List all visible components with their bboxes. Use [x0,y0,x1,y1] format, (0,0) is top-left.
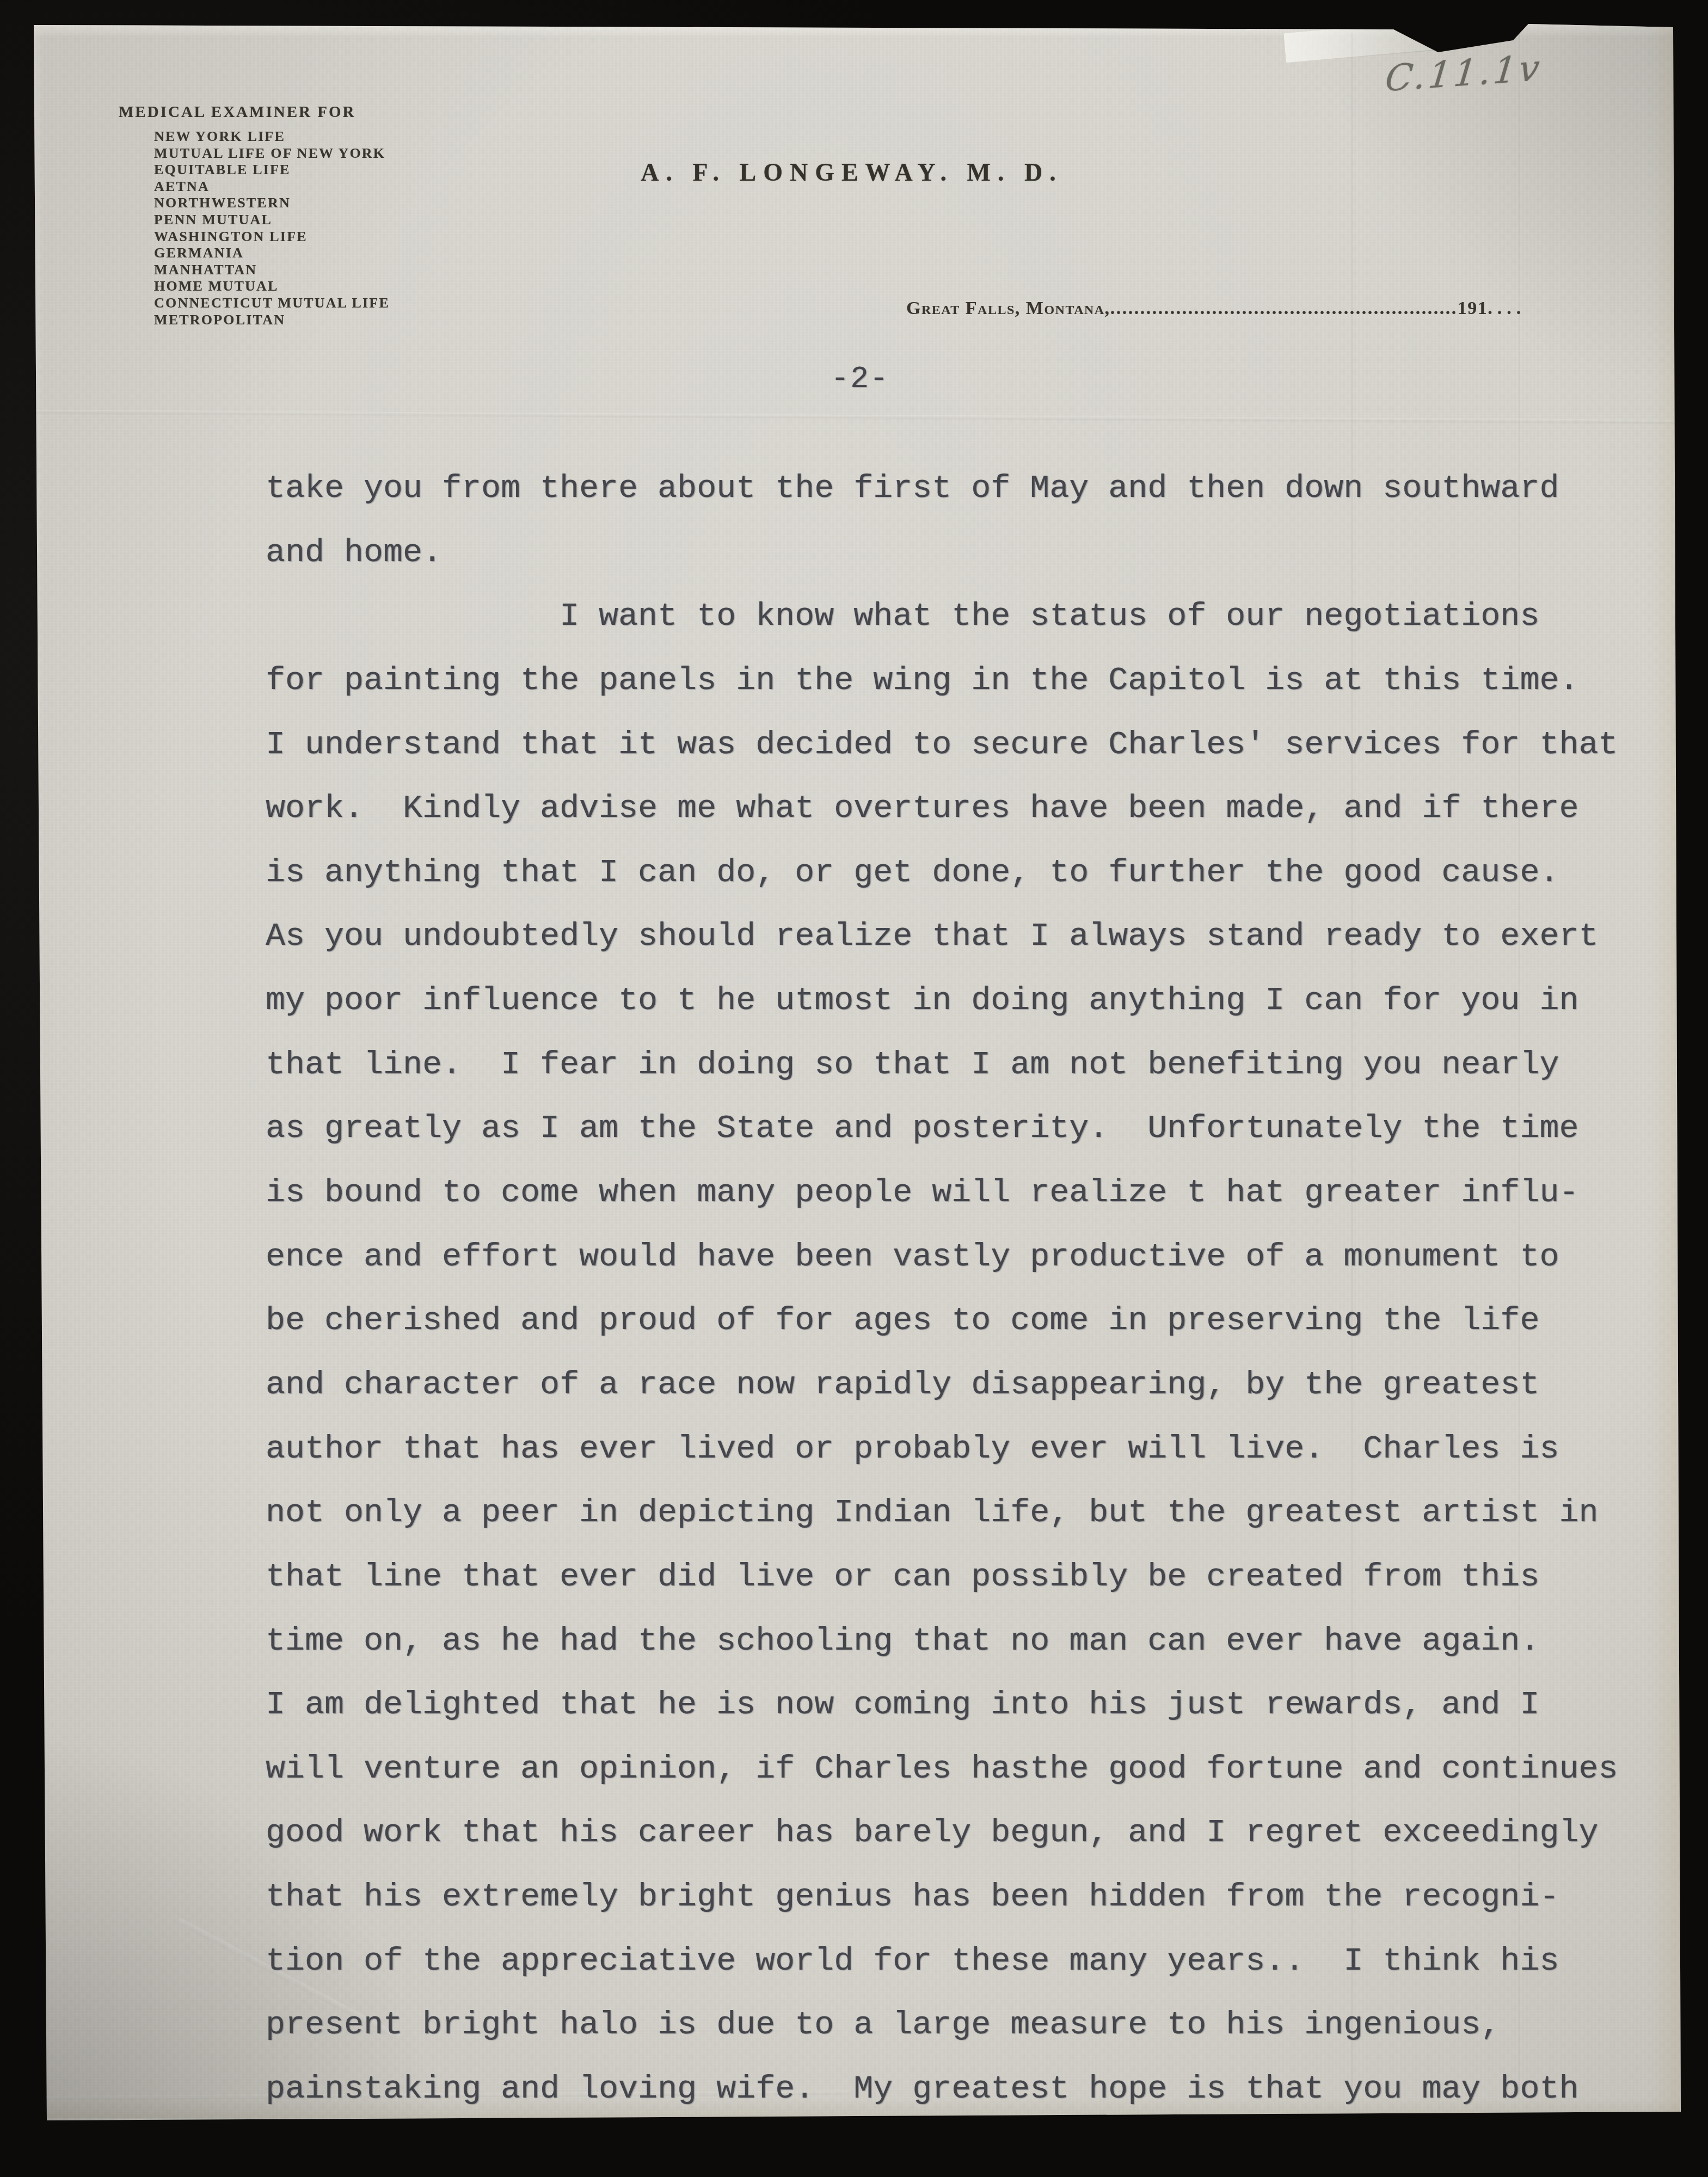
letter-body-line: that his extremely bright genius has bee… [266,1866,1659,1930]
dateline-place: Great Falls, Montana, [906,298,1110,318]
dateline-leader-dots: ........................................… [1110,298,1458,318]
letterhead-examiner-label: MEDICAL EXAMINER FOR [119,103,355,121]
letter-paper: C.11.1v MEDICAL EXAMINER FOR NEW YORK LI… [0,0,1708,2177]
letter-body-line: as greatly as I am the State and posteri… [266,1097,1659,1161]
letter-body-line: good work that his career has barely beg… [266,1801,1659,1866]
letter-body-line: ence and effort would have been vastly p… [266,1226,1659,1290]
letterhead-company-item: MUTUAL LIFE OF NEW YORK [154,145,390,162]
letter-body-lines: take you from there about the first of M… [266,457,1659,2122]
dateline-trailing-dots: .... [1488,298,1526,318]
letter-body-line: and character of a race now rapidly disa… [266,1354,1659,1418]
letter-body-line: present bright halo is due to a large me… [266,1994,1659,2058]
letter-body-line: painstaking and loving wife. My greatest… [266,2058,1659,2122]
photo-background: C.11.1v MEDICAL EXAMINER FOR NEW YORK LI… [0,0,1708,2177]
paper-left-edge-highlight [32,24,44,2119]
letter-body-line: be cherished and proud of for ages to co… [266,1289,1659,1354]
paper-top-edge-highlight [34,23,1674,37]
letter-body-line: time on, as he had the schooling that no… [266,1610,1659,1674]
letter-body-line: not only a peer in depicting Indian life… [266,1481,1659,1546]
letterhead-company-item: PENN MUTUAL [154,212,390,229]
letter-body-line: I am delighted that he is now coming int… [266,1674,1659,1738]
letterhead-company-item: WASHINGTON LIFE [154,229,390,245]
letter-body-line: is bound to come when many people will r… [266,1161,1659,1226]
letter-body-line: and home. [266,521,1659,586]
letter-body-line: As you undoubtedly should realize that I… [266,905,1659,969]
letterhead-company-item: METROPOLITAN [154,312,390,329]
letterhead-company-item: NORTHWESTERN [154,195,390,212]
letter-body-line: I want to know what the status of our ne… [266,585,1659,649]
letterhead-company-item: MANHATTAN [154,262,390,279]
letter-body-line: that line that ever did live or can poss… [266,1546,1659,1610]
letter-body-line: work. Kindly advise me what overtures ha… [266,777,1659,841]
letterhead-company-item: CONNECTICUT MUTUAL LIFE [154,295,390,312]
letterhead-company-list: NEW YORK LIFEMUTUAL LIFE OF NEW YORKEQUI… [154,128,390,328]
letterhead-company-item: GERMANIA [154,245,390,262]
letterhead-company-item: HOME MUTUAL [154,278,390,295]
letterhead-dateline: Great Falls, Montana,...................… [906,298,1587,319]
letter-body-line: take you from there about the first of M… [266,457,1659,521]
dateline-year: 191 [1458,298,1488,318]
letter-body-line: author that has ever lived or probably e… [266,1418,1659,1482]
letter-body-line: is anything that I can do, or get done, … [266,841,1659,906]
letterhead-company-item: AETNA [154,179,390,195]
letterhead-doctor-name: A. F. LONGEWAY. M. D. [615,158,1089,187]
letter-body-line: I understand that it was decided to secu… [266,714,1659,778]
letterhead-company-item: EQUITABLE LIFE [154,162,390,179]
letter-body-line: tion of the appreciative world for these… [266,1930,1659,1994]
letter-body-line: that line. I fear in doing so that I am … [266,1034,1659,1098]
letter-body-line: my poor influence to t he utmost in doin… [266,969,1659,1034]
letterhead-company-item: NEW YORK LIFE [154,128,390,145]
letter-body-line: will venture an opinion, if Charles hast… [266,1738,1659,1802]
page-number: -2- [800,361,920,396]
letter-body-line: for painting the panels in the wing in t… [266,649,1659,714]
